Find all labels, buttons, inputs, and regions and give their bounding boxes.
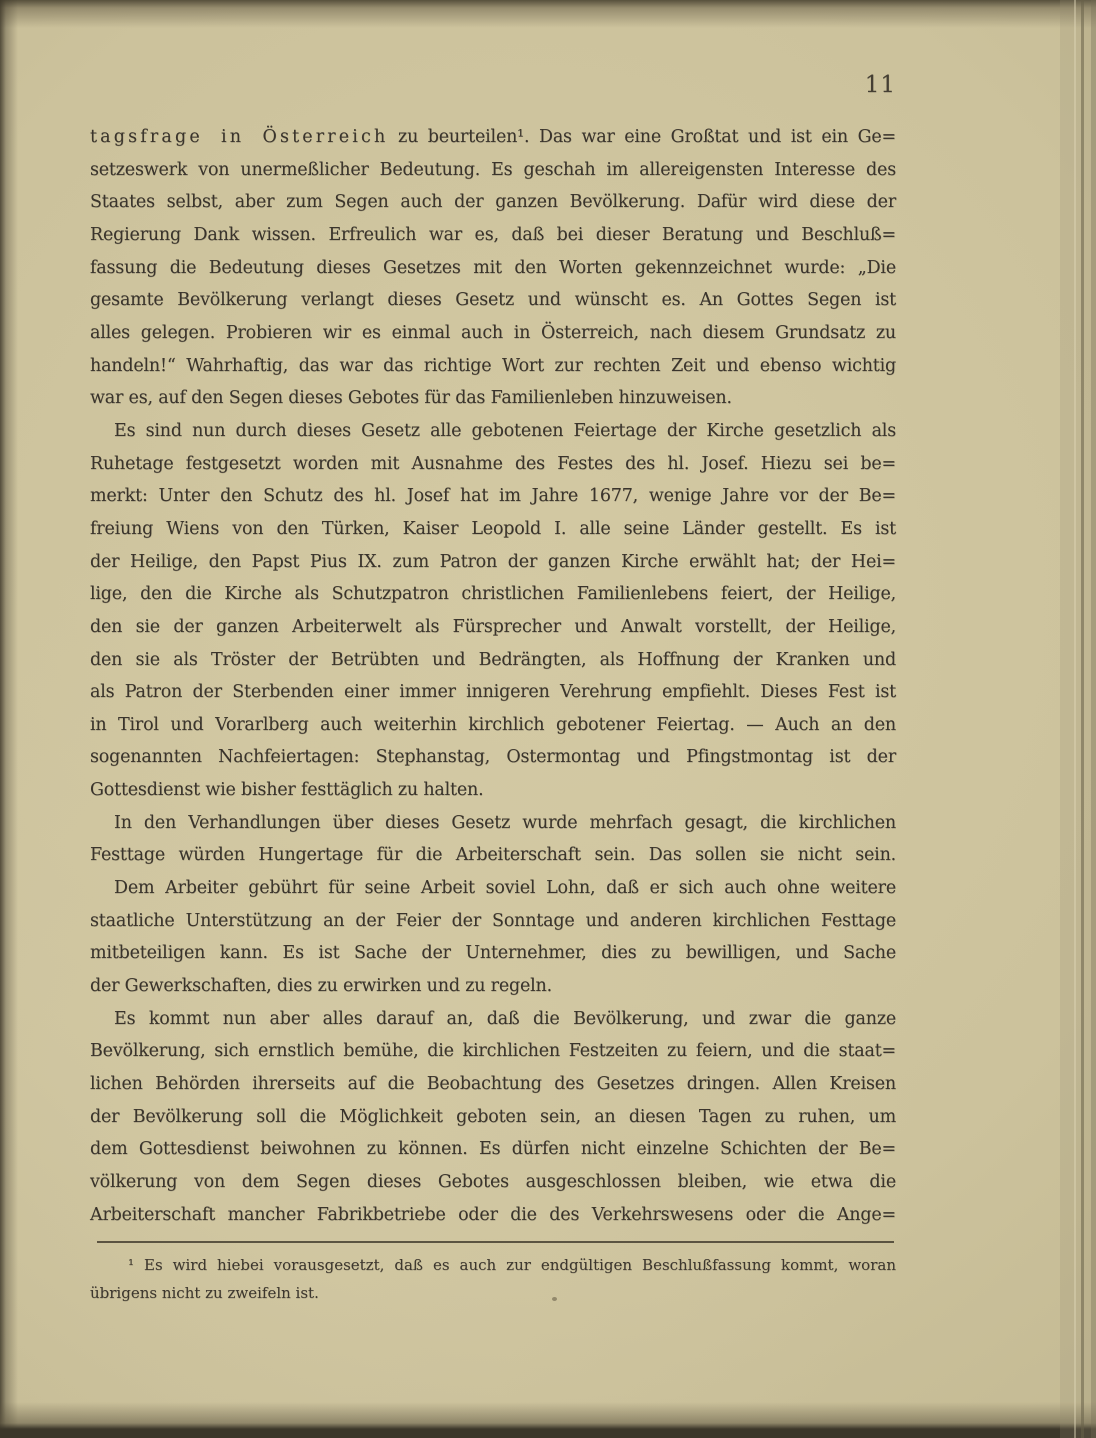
page-left-edge-shadow — [0, 0, 18, 1438]
paragraph: Dem Arbeiter gebührt für seine Arbeit so… — [90, 872, 896, 1003]
scanned-book-page: 11 tagsfrage in Österreich zu beurteilen… — [0, 0, 1096, 1438]
paragraph: Es kommt nun aber alles darauf an, daß d… — [90, 1003, 896, 1232]
text-line: Dem Arbeiter gebührt für seine Arbeit so… — [90, 872, 896, 905]
text-line: staatliche Unterstützung an der Feier de… — [90, 905, 896, 938]
page-bottom-edge-shadow — [0, 1402, 1096, 1438]
text-line: den sie als Tröster der Betrübten und Be… — [90, 644, 896, 677]
text-line: freiung Wiens von den Türken, Kaiser Leo… — [90, 513, 896, 546]
text-line: tagsfrage in Österreich zu beurteilen¹. … — [90, 121, 896, 154]
text-line: mitbeteiligen kann. Es ist Sache der Unt… — [90, 937, 896, 970]
text-line: lige, den die Kirche als Schutzpatron ch… — [90, 578, 896, 611]
paper-speck — [552, 1297, 557, 1301]
paragraph: tagsfrage in Österreich zu beurteilen¹. … — [90, 121, 896, 415]
text-line: Es kommt nun aber alles darauf an, daß d… — [90, 1003, 896, 1036]
text-line: Staates selbst, aber zum Segen auch der … — [90, 186, 896, 219]
page-top-edge-shadow — [0, 0, 1096, 28]
text-line: der Gewerkschaften, dies zu erwirken und… — [90, 970, 896, 1003]
text-line: den sie der ganzen Arbeiterwelt als Fürs… — [90, 611, 896, 644]
text-line: Ruhetage festgesetzt worden mit Ausnahme… — [90, 448, 896, 481]
text-line: alles gelegen. Probieren wir es einmal a… — [90, 317, 896, 350]
footnote: ¹ Es wird hiebei vorausgesetzt, daß es a… — [90, 1252, 896, 1307]
text-line: dem Gottesdienst beiwohnen zu können. Es… — [90, 1133, 896, 1166]
emphasized-phrase: tagsfrage in Österreich — [90, 127, 388, 147]
text-line: der Heilige, den Papst Pius IX. zum Patr… — [90, 546, 896, 579]
text-line: Arbeiterschaft mancher Fabrikbetriebe od… — [90, 1199, 896, 1232]
paragraph: Es sind nun durch dieses Gesetz alle geb… — [90, 415, 896, 807]
text-line: Bevölkerung, sich ernstlich bemühe, die … — [90, 1035, 896, 1068]
body-text: tagsfrage in Österreich zu beurteilen¹. … — [90, 121, 896, 1231]
text-line: merkt: Unter den Schutz des hl. Josef ha… — [90, 480, 896, 513]
text-line: gesamte Bevölkerung verlangt dieses Gese… — [90, 284, 896, 317]
text-line: lichen Behörden ihrerseits auf die Beoba… — [90, 1068, 896, 1101]
text-line: als Patron der Sterbenden einer immer in… — [90, 676, 896, 709]
text-line: der Bevölkerung soll die Möglichkeit geb… — [90, 1101, 896, 1134]
page-right-edge-highlight-line — [1074, 0, 1076, 1438]
paragraph: In den Verhandlungen über dieses Gesetz … — [90, 807, 896, 872]
footnote-line: übrigens nicht zu zweifeln ist. — [90, 1280, 896, 1308]
text-line: In den Verhandlungen über dieses Gesetz … — [90, 807, 896, 840]
text-line: völkerung von dem Segen dieses Gebotes a… — [90, 1166, 896, 1199]
text-line: Es sind nun durch dieses Gesetz alle geb… — [90, 415, 896, 448]
text-line: sogenannten Nachfeiertagen: Stephanstag,… — [90, 741, 896, 774]
footnote-divider — [97, 1241, 894, 1243]
page-right-edge-line — [1081, 0, 1084, 1438]
text-line: Regierung Dank wissen. Erfreulich war es… — [90, 219, 896, 252]
footnote-line: ¹ Es wird hiebei vorausgesetzt, daß es a… — [90, 1252, 896, 1280]
text-line: Festtage würden Hungertage für die Arbei… — [90, 839, 896, 872]
text-line: in Tirol und Vorarlberg auch weiterhin k… — [90, 709, 896, 742]
text-line: war es, auf den Segen dieses Gebotes für… — [90, 382, 896, 415]
page-right-edge-binding — [1091, 0, 1096, 1438]
text-line: Gottesdienst wie bisher festtäglich zu h… — [90, 774, 896, 807]
text-line: handeln!“ Wahrhaftig, das war das richti… — [90, 350, 896, 383]
text-line: setzeswerk von unermeßlicher Bedeutung. … — [90, 154, 896, 187]
page-number: 11 — [90, 72, 896, 98]
text-line: fassung die Bedeutung dieses Gesetzes mi… — [90, 252, 896, 285]
